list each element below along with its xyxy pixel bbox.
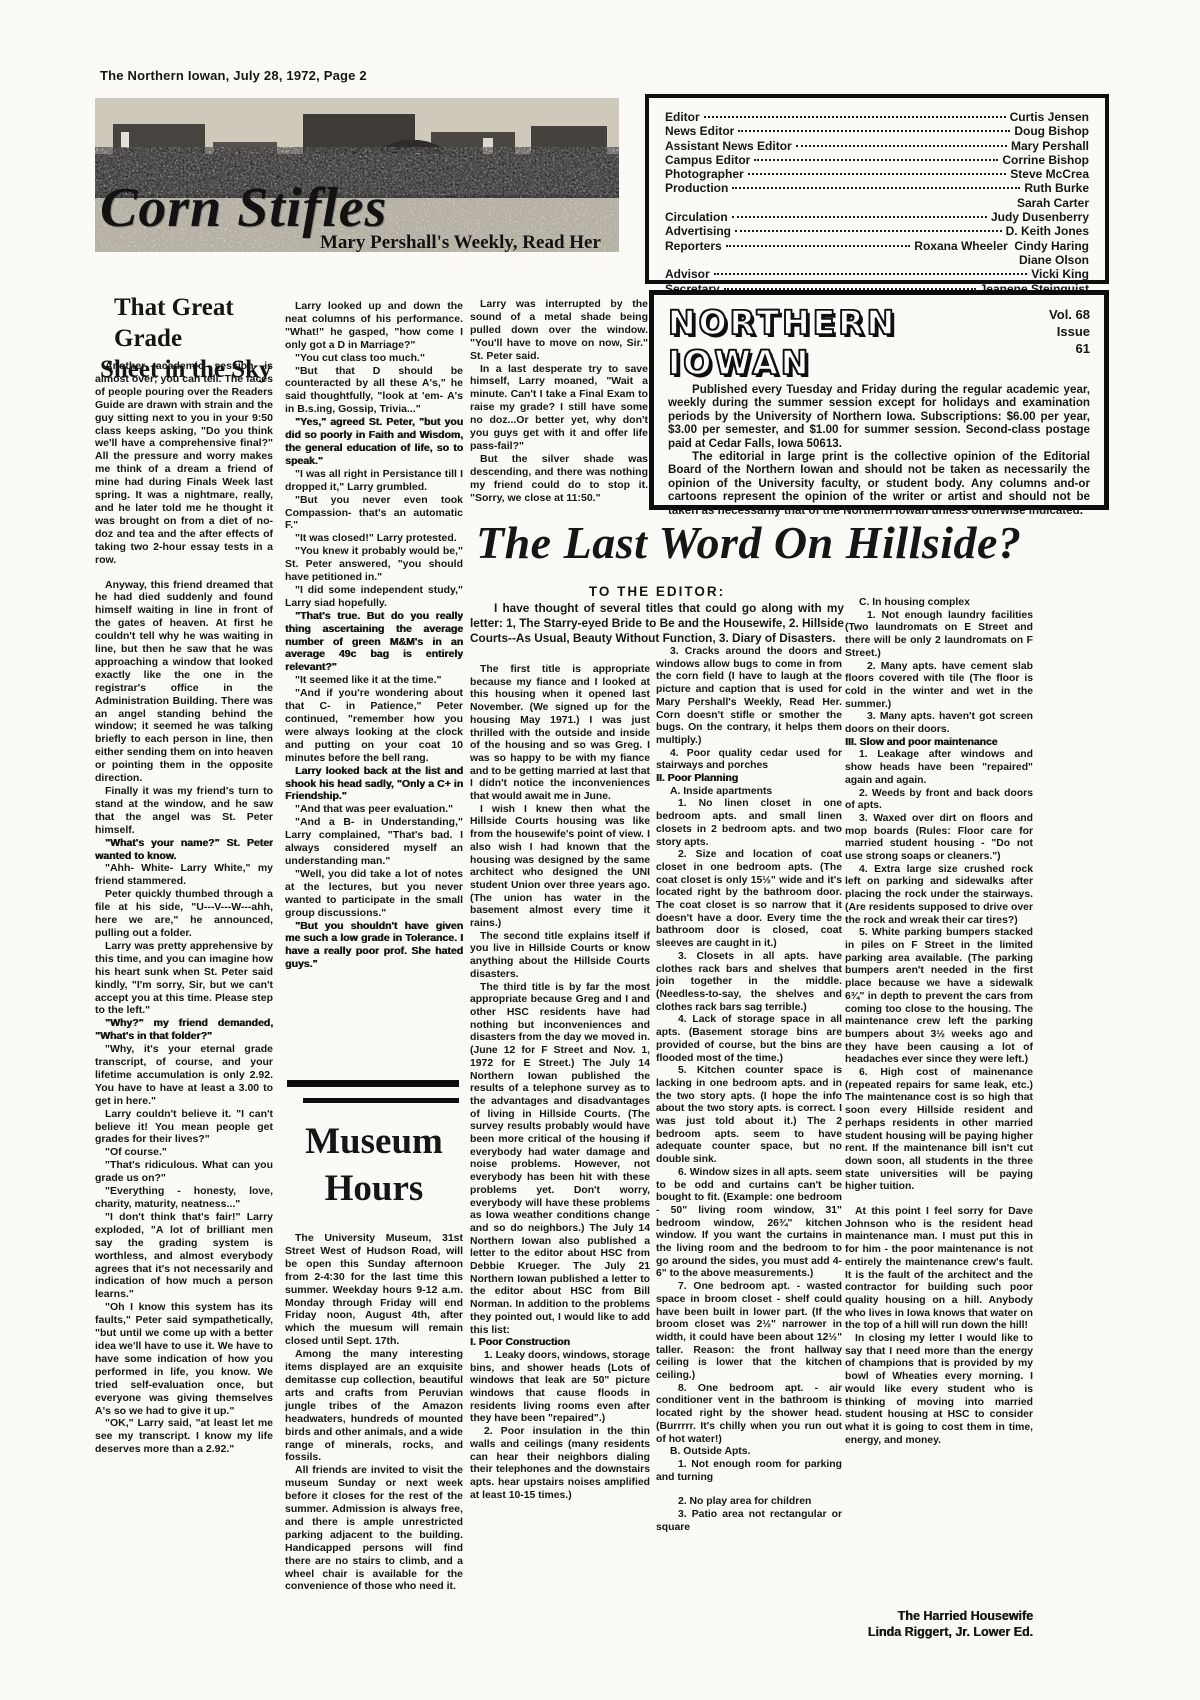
dot-leader [735,230,1002,232]
paragraph: Larry looked back at the list and shook … [285,765,463,804]
dot-leader [732,187,1020,189]
headline-line: That Great Grade [114,292,295,354]
paragraph: 6. High cost of mainenance (repeated rep… [845,1067,1033,1194]
paragraph: 2. No play area for children [656,1496,842,1509]
paragraph: I wish I knew then what the Hillside Cou… [470,804,650,931]
paragraph: 2. Size and location of coat closet in o… [656,849,842,951]
paragraph: 1. No linen closet in one bedroom apts. … [656,798,842,849]
paragraph: Larry was interrupted by the sound of a … [470,298,648,363]
staff-name: Steve McCrea [1010,167,1089,181]
paragraph: "But you never even took Compassion- tha… [285,494,463,533]
paragraph: 2. Weeds by front and back doors of apts… [845,788,1033,813]
staff-row: Sarah Carter [665,196,1089,210]
paragraph: 3. Patio area not rectangular or square [656,1509,842,1534]
paragraph: 3. Cracks around the doors and windows a… [656,646,842,748]
staff-role: News Editor [665,124,734,138]
paragraph: 1. Leakage after windows and show heads … [845,749,1033,787]
staff-row: PhotographerSteve McCrea [665,167,1089,181]
staff-name: Sarah Carter [1017,196,1089,210]
dot-leader [732,216,987,218]
paragraph: "And if you're wondering about that C- i… [285,687,463,764]
staff-row: EditorCurtis Jensen [665,110,1089,124]
paragraph: Anyway, this friend dreamed that he had … [95,579,273,786]
column-banner-subtitle: Mary Pershall's Weekly, Read Her [320,232,601,254]
paragraph: Among the many interesting items display… [285,1348,463,1464]
volume-number: Vol. 68 [1041,306,1090,323]
paragraph: "But you shouldn't have given me such a … [285,920,463,972]
staff-box: EditorCurtis JensenNews EditorDoug Bisho… [645,94,1109,284]
paragraph: 7. One bedroom apt. - wasted space in br… [656,1281,842,1383]
staff-name: Doug Bishop [1014,124,1089,138]
staff-role: Photographer [665,167,744,181]
dot-leader [738,130,1010,132]
paragraph: "Yes," agreed St. Peter, "but you did so… [285,416,463,468]
grade-article-col-2: Larry looked up and down the neat column… [285,300,463,1058]
paragraph: At this point I feel sorry for Dave John… [845,1206,1033,1333]
paragraph: Another academic session is almost over;… [95,360,273,567]
staff-row: AdvisorVicki King [665,267,1089,281]
staff-row: ReportersRoxana Wheeler Cindy Haring [665,239,1089,253]
paragraph: All friends are invited to visit the mus… [285,1464,463,1593]
paragraph: 3. Many apts. haven't got screen doors o… [845,711,1033,736]
headline-line: Hours [285,1165,463,1212]
staff-row: Assistant News EditorMary Pershall [665,139,1089,153]
paragraph: "Everything - honesty, love, charity, ma… [95,1185,273,1211]
paragraph: "That's true. But do you really thing as… [285,610,463,675]
hillside-headline: The Last Word On Hillside? [476,516,1021,569]
paragraph: "Ahh- White- Larry White," my friend sta… [95,862,273,888]
paragraph: 5. White parking bumpers stacked in pile… [845,927,1033,1067]
staff-role: Reporters [665,239,722,253]
hillside-letter-col-2: 3. Cracks around the doors and windows a… [656,646,842,1568]
paragraph: 4. Extra large size crushed rock left on… [845,864,1033,928]
museum-hours-text: The University Museum, 31st Street West … [285,1232,463,1658]
paragraph: In a last desperate try to save himself,… [470,363,648,453]
staff-name: Roxana Wheeler Cindy Haring [914,239,1089,253]
paragraph: "You knew it probably would be," St. Pet… [285,545,463,584]
masthead-box: NORTHERN IOWAN Vol. 68 Issue 61 Publishe… [649,290,1109,510]
paragraph: "And a B- in Understanding," Larry compl… [285,816,463,868]
paragraph: "That's ridiculous. What can you grade u… [95,1159,273,1185]
paragraph: The University Museum, 31st Street West … [285,1232,463,1348]
paragraph: A. Inside apartments [656,786,842,799]
paragraph: "I was all right in Persistance till I d… [285,468,463,494]
paragraph: "Why?" my friend demanded, "What's in th… [95,1017,273,1043]
paragraph: 6. Window sizes in all apts. seem to be … [656,1167,842,1281]
dot-leader [754,159,998,161]
paragraph: "It seemed like it at the time." [285,674,463,687]
masthead-paragraph: Published every Tuesday and Friday durin… [668,383,1090,450]
paragraph: "OK," Larry said, "at least let me see m… [95,1417,273,1456]
grade-article-col-1: Another academic session is almost over;… [95,360,273,1645]
section-divider [303,1098,459,1103]
paragraph: 2. Many apts. have cement slab floors co… [845,661,1033,712]
paragraph: "I don't think that's fair!" Larry explo… [95,1211,273,1301]
staff-row: ProductionRuth Burke [665,181,1089,195]
paragraph: "Why, it's your eternal grade transcript… [95,1043,273,1108]
staff-name: Corrine Bishop [1002,153,1089,167]
dot-leader [748,173,1007,175]
staff-role: Editor [665,110,700,124]
staff-role: Production [665,181,728,195]
staff-role: Assistant News Editor [665,139,792,153]
staff-name: Mary Pershall [1011,139,1089,153]
staff-role: Circulation [665,210,728,224]
paragraph: "But that D should be counteracted by al… [285,365,463,417]
paragraph: 1. Not enough laundry facilities (Two la… [845,610,1033,661]
paragraph: "Well, you did take a lot of notes at th… [285,868,463,920]
issue-number: Issue 61 [1041,323,1090,357]
staff-row: News EditorDoug Bishop [665,124,1089,138]
dot-leader [714,273,1028,275]
paragraph: 5. Kitchen counter space is lacking in o… [656,1065,842,1167]
staff-name: Ruth Burke [1024,181,1089,195]
paragraph: Larry couldn't believe it. "I can't beli… [95,1108,273,1147]
paragraph: 4. Lack of storage space in all apts. (B… [656,1014,842,1065]
paragraph: II. Poor Planning [656,773,842,786]
dot-leader [726,245,911,247]
staff-row: Diane Olson [665,253,1089,267]
to-the-editor-label: TO THE EDITOR: [470,584,844,599]
paragraph: 3. Waxed over dirt on floors and mop boa… [845,813,1033,864]
signature-line: Linda Riggert, Jr. Lower Ed. [845,1624,1033,1640]
museum-hours-headline: Museum Hours [285,1118,463,1212]
paragraph: In closing my letter I would like to say… [845,1333,1033,1447]
paragraph: 2. Poor insulation in the thin walls and… [470,1426,650,1502]
letter-signature: The Harried Housewife Linda Riggert, Jr.… [845,1608,1033,1640]
newspaper-page: The Northern Iowan, July 28, 1972, Page … [0,0,1200,1700]
paragraph: The first title is appropriate because m… [470,664,650,804]
paragraph: 3. Closets in all apts. have clothes rac… [656,951,842,1015]
paragraph: "Of course." [95,1146,273,1159]
paragraph: C. In housing complex [845,597,1033,610]
headline-line: Museum [285,1118,463,1165]
paragraph: "It was closed!" Larry protested. [285,532,463,545]
hillside-letter-col-3: C. In housing complex1. Not enough laund… [845,597,1033,1605]
paragraph: Peter quickly thumbed through a file at … [95,888,273,940]
paragraph: "You cut class too much." [285,352,463,365]
column-banner-title: Corn Stifles [100,178,387,238]
paragraph: 8. One bedroom apt. - air conditioner ve… [656,1383,842,1447]
signature-line: The Harried Housewife [845,1608,1033,1624]
dot-leader [796,145,1007,147]
page-header: The Northern Iowan, July 28, 1972, Page … [100,68,367,83]
paragraph: 1. Not enough room for parking and turni… [656,1459,842,1484]
paragraph: 1. Leaky doors, windows, storage bins, a… [470,1350,650,1426]
paragraph: The third title is by far the most appro… [470,982,650,1338]
staff-row: AdvertisingD. Keith Jones [665,224,1089,238]
staff-row: CirculationJudy Dusenberry [665,210,1089,224]
staff-name: Curtis Jensen [1010,110,1089,124]
paragraph: "Oh I know this system has its faults," … [95,1301,273,1417]
paragraph: III. Slow and poor maintenance [845,737,1033,750]
masthead-name: NORTHERN IOWAN [668,303,1041,383]
staff-role: Advertising [665,224,731,238]
staff-role: Campus Editor [665,153,750,167]
paragraph: "I did some independent study," Larry si… [285,584,463,610]
staff-role: Advisor [665,267,710,281]
section-divider [287,1080,459,1087]
paragraph: 4. Poor quality cedar used for stairways… [656,748,842,773]
paragraph: But the silver shade was descending, and… [470,453,648,505]
staff-name: Diane Olson [1019,253,1089,267]
paragraph: Larry was pretty apprehensive by this ti… [95,940,273,1017]
paragraph: B. Outside Apts. [656,1446,842,1459]
paragraph: The second title explains itself if you … [470,931,650,982]
hillside-letter-col-1: The first title is appropriate because m… [470,664,650,1660]
staff-name: D. Keith Jones [1006,224,1089,238]
staff-name: Vicki King [1031,267,1089,281]
masthead-paragraph: The editorial in large print is the coll… [668,450,1090,517]
paragraph: Finally it was my friend's turn to stand… [95,785,273,837]
dot-leader [704,116,1006,118]
paragraph: "And that was peer evaluation." [285,803,463,816]
paragraph: I. Poor Construction [470,1337,650,1350]
staff-name: Judy Dusenberry [991,210,1089,224]
paragraph: "What's your name?" St. Peter wanted to … [95,837,273,863]
grade-article-col-3: Larry was interrupted by the sound of a … [470,298,648,536]
masthead-volume: Vol. 68 Issue 61 [1041,303,1090,357]
staff-row: Campus EditorCorrine Bishop [665,153,1089,167]
paragraph: Larry looked up and down the neat column… [285,300,463,352]
